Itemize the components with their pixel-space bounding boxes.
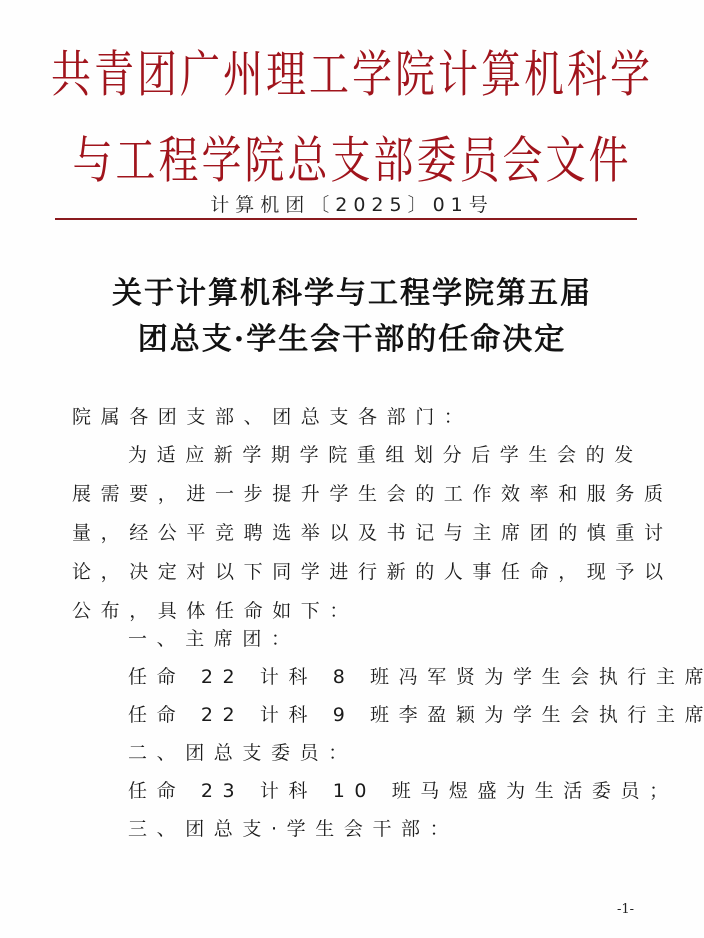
- section-heading: 一、主席团：: [128, 624, 300, 651]
- appointment-item: 任命 23 计科 10 班马煜盛为生活委员；: [128, 776, 678, 803]
- paragraph-line: 展需要，进一步提升学生会的工作效率和服务质: [72, 479, 673, 506]
- header-divider: [55, 218, 637, 220]
- appointment-item: 任命 22 计科 9 班李盈颖为学生会执行主席；: [128, 700, 704, 727]
- document-title-line-2: 团总支·学生会干部的任命决定: [0, 314, 704, 358]
- paragraph-line: 量，经公平竞聘选举以及书记与主席团的慎重讨: [72, 518, 673, 545]
- paragraph-line: 公布，具体任命如下：: [72, 596, 358, 623]
- section-heading: 二、团总支委员：: [128, 738, 357, 765]
- document-number: 计算机团〔2025〕01号: [0, 190, 704, 217]
- red-header-line-1: 共青团广州理工学院计算机科学: [0, 50, 704, 100]
- paragraph-line: 为适应新学期学院重组划分后学生会的发: [128, 440, 643, 467]
- red-header-line-2: 与工程学院总支部委员会文件: [0, 136, 704, 186]
- section-heading: 三、团总支·学生会干部：: [128, 814, 458, 841]
- document-title-line-1: 关于计算机科学与工程学院第五届: [0, 268, 704, 312]
- paragraph-line: 论，决定对以下同学进行新的人事任命，现予以: [72, 557, 673, 584]
- appointment-item: 任命 22 计科 8 班冯军贤为学生会执行主席；: [128, 662, 704, 689]
- document-page: 共青团广州理工学院计算机科学 与工程学院总支部委员会文件 计算机团〔2025〕0…: [0, 0, 704, 938]
- salutation: 院属各团支部、团总支各部门：: [72, 402, 472, 429]
- page-number: -1-: [617, 902, 634, 917]
